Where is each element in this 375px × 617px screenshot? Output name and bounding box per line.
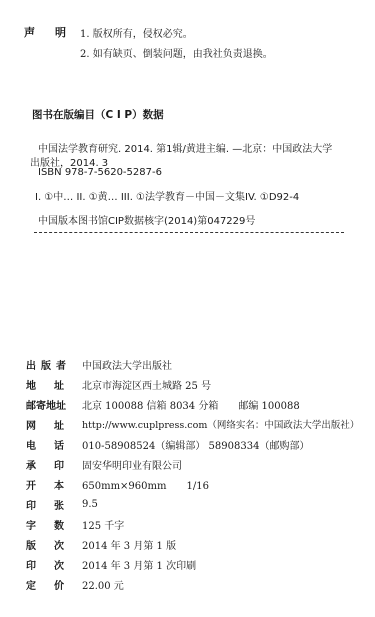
cip-line-record-number: 中国版本图书馆CIP数据核字(2014)第047229号 — [38, 212, 255, 227]
cip-title: 图书在版编目（C I P）数据 — [32, 107, 164, 122]
colophon-label: 字数 — [26, 517, 82, 532]
declaration-label: 声明 — [24, 24, 66, 40]
colophon-row-mailing-address: 邮寄地址 北京 100088 信箱 8034 分箱 邮编 100088 — [26, 394, 82, 414]
colophon-label: 出版者 — [26, 357, 82, 372]
colophon-row-printed-sheets: 印张 9.5 — [26, 494, 82, 514]
cip-line-classification: I. ①中… II. ①黄… III. ①法学教育－中国－文集IV. ①D92-… — [35, 188, 299, 203]
colophon-label: 版次 — [26, 537, 82, 552]
colophon-label: 邮寄地址 — [26, 397, 82, 412]
declaration-item-1: 1. 版权所有，侵权必究。 — [80, 25, 193, 40]
colophon-value: 125 千字 — [82, 517, 124, 532]
colophon-row-website: 网址 http://www.cuplpress.com（网络实名：中国政法大学出… — [26, 414, 82, 434]
colophon-value: 22.00 元 — [82, 577, 124, 592]
colophon-label: 定价 — [26, 577, 82, 592]
colophon-row-edition: 版次 2014 年 3 月第 1 版 — [26, 534, 82, 554]
declaration-label-char: 明 — [55, 24, 66, 40]
cip-line-isbn: ISBN 978-7-5620-5287-6 — [38, 167, 162, 178]
colophon-row-phone: 电话 010-58908524（编辑部） 58908334（邮购部） — [26, 434, 82, 454]
colophon-row-format: 开本 650mm×960mm 1/16 — [26, 474, 82, 494]
colophon-value: 固安华明印业有限公司 — [82, 457, 182, 472]
colophon-value: 中国政法大学出版社 — [82, 357, 172, 372]
colophon-row-printing: 印次 2014 年 3 月第 1 次印刷 — [26, 554, 82, 574]
colophon-label: 电话 — [26, 437, 82, 452]
colophon-label: 印次 — [26, 557, 82, 572]
colophon-value: 2014 年 3 月第 1 版 — [82, 537, 176, 552]
colophon-row-price: 定价 22.00 元 — [26, 574, 82, 594]
colophon-value: 010-58908524（编辑部） 58908334（邮购部） — [82, 437, 309, 452]
colophon-value: 2014 年 3 月第 1 次印刷 — [82, 557, 196, 572]
colophon-value: 650mm×960mm 1/16 — [82, 477, 209, 492]
colophon-label: 开本 — [26, 477, 82, 492]
declaration-item-2: 2. 如有缺页、倒装问题，由我社负责退换。 — [80, 45, 273, 60]
colophon-value: 9.5 — [82, 499, 98, 510]
declaration-label-char: 声 — [24, 24, 35, 40]
colophon-label: 印张 — [26, 497, 82, 512]
colophon-row-word-count: 字数 125 千字 — [26, 514, 82, 534]
colophon-value: 北京 100088 信箱 8034 分箱 邮编 100088 — [82, 397, 300, 412]
colophon-row-publisher: 出版者 中国政法大学出版社 — [26, 354, 82, 374]
divider-dashed — [34, 232, 344, 233]
colophon-row-printer: 承印 固安华明印业有限公司 — [26, 454, 82, 474]
colophon-value: http://www.cuplpress.com（网络实名：中国政法大学出版社） — [82, 417, 359, 431]
colophon-label: 地址 — [26, 377, 82, 392]
cip-line-title: 中国法学教育研究. 2014. 第1辑/黄进主编. —北京：中国政法大学 — [38, 140, 332, 155]
colophon-label: 网址 — [26, 417, 82, 432]
colophon-row-address: 地址 北京市海淀区西土城路 25 号 — [26, 374, 82, 394]
colophon-value: 北京市海淀区西土城路 25 号 — [82, 377, 211, 392]
colophon-label: 承印 — [26, 457, 82, 472]
